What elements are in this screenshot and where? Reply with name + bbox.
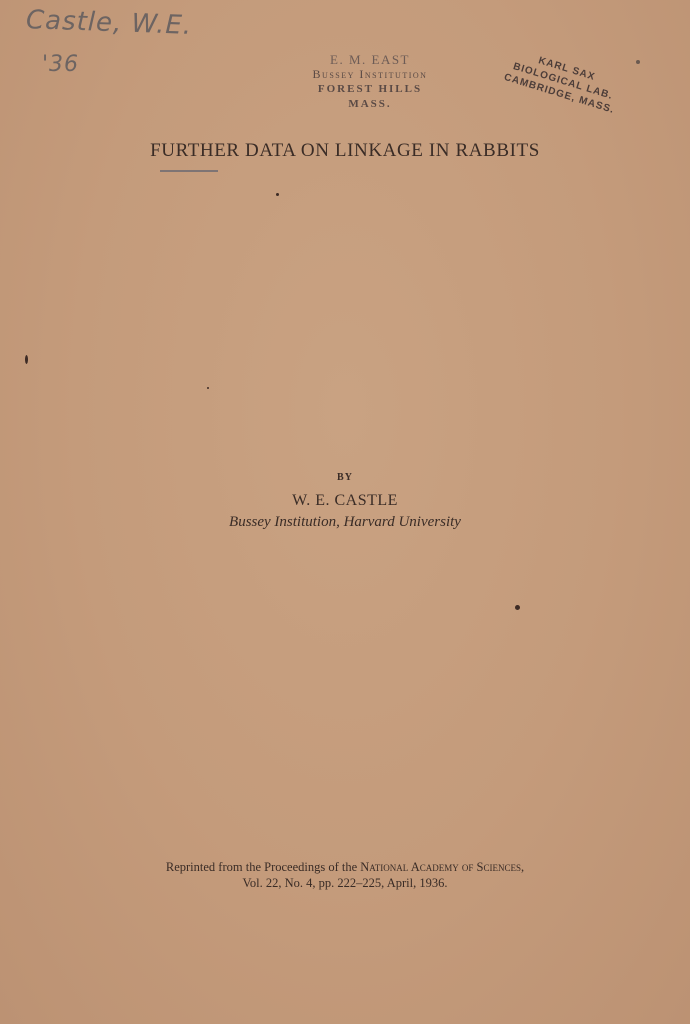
pencil-underline [160,170,218,172]
author-affiliation: Bussey Institution, Harvard University [0,514,690,531]
paper-blemish [207,387,209,389]
reprint-citation: Vol. 22, No. 4, pp. 222–225, April, 1936… [243,876,448,890]
author-name: W. E. CASTLE [0,492,690,510]
reprint-journal: National Academy of Sciences, [360,860,524,874]
document-title: FURTHER DATA ON LINKAGE IN RABBITS [0,140,690,162]
stamp-east-line1: E. M. EAST [262,52,478,67]
stamp-east-line4: MASS. [262,97,478,112]
handwritten-author-note: Castle, W.E. [26,5,193,41]
document-cover: Castle, W.E. '36 E. M. EAST Bussey Insti… [0,0,690,1024]
stamp-sax: KARL SAX BIOLOGICAL LAB. CAMBRIDGE, MASS… [486,41,641,122]
byline-label: BY [0,472,690,483]
paper-blemish [25,355,28,364]
stamp-east-line3: FOREST HILLS [262,82,478,97]
reprint-notice: Reprinted from the Proceedings of the Na… [0,859,690,891]
paper-blemish [515,605,520,610]
handwritten-year-note: '36 [42,52,79,77]
paper-blemish [276,193,279,196]
paper-blemish [636,60,640,64]
reprint-prefix: Reprinted from the Proceedings of the [166,860,360,874]
stamp-east-line2: Bussey Institution [262,67,478,82]
stamp-east: E. M. EAST Bussey Institution FOREST HIL… [262,52,478,112]
